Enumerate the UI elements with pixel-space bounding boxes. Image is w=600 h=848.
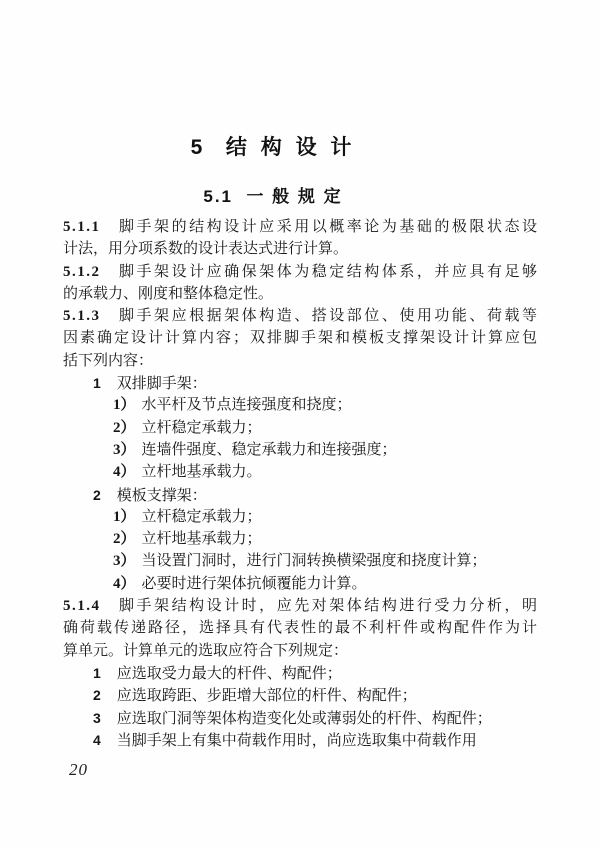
line-text: 应选取受力最大的杆件、构配件； [117, 666, 342, 682]
line-text: 立杆地基承载力。 [142, 464, 262, 480]
sub-list-item: 4）立杆地基承载力。 [63, 461, 537, 483]
clause-line: 5.1.1脚手架的结构设计应采用以概率论为基础的极限状态设 [63, 216, 537, 238]
item-number: 1 [93, 375, 101, 391]
item-number: 3） [113, 553, 136, 569]
line-text: 确荷载传递路径，选择具有代表性的最不利杆件或构配件作为计 [63, 620, 537, 636]
line-text: 当设置门洞时，进行门洞转换横梁强度和挠度计算； [142, 553, 487, 569]
line-text: 括下列内容： [63, 353, 153, 369]
continuation-line: 计法，用分项系数的设计表达式进行计算。 [63, 238, 537, 260]
line-text: 连墙件强度、稳定承载力和连接强度； [142, 442, 397, 458]
line-text: 应选取门洞等架体构造变化处或薄弱处的杆件、构配件； [117, 711, 492, 727]
line-text: 脚手架设计应确保架体为稳定结构体系，并应具有足够 [117, 264, 538, 280]
continuation-line: 因素确定设计计算内容；双排脚手架和模板支撑架设计计算应包 [63, 327, 537, 349]
body-text: 5.1.1脚手架的结构设计应采用以概率论为基础的极限状态设计法，用分项系数的设计… [63, 216, 537, 751]
section-heading: 5.1 一 般 规 定 [36, 186, 510, 207]
sub-list-item: 3）当设置门洞时，进行门洞转换横梁强度和挠度计算； [63, 550, 537, 572]
item-number: 3 [93, 710, 101, 726]
list-item: 1双排脚手架： [63, 372, 537, 394]
continuation-line: 括下列内容： [63, 350, 537, 372]
item-number: 2） [113, 531, 136, 547]
item-number: 2 [93, 687, 101, 703]
line-text: 双排脚手架： [117, 376, 207, 392]
sub-list-item: 1）水平杆及节点连接强度和挠度； [63, 394, 537, 416]
clause-line: 5.1.2脚手架设计应确保架体为稳定结构体系，并应具有足够 [63, 261, 537, 283]
item-number: 4） [113, 464, 136, 480]
list-item: 1应选取受力最大的杆件、构配件； [63, 662, 537, 684]
item-number: 2 [93, 487, 101, 503]
line-text: 水平杆及节点连接强度和挠度； [142, 397, 352, 413]
line-text: 计法，用分项系数的设计表达式进行计算。 [63, 241, 348, 257]
line-text: 算单元。计算单元的选取应符合下列规定： [63, 643, 348, 659]
line-text: 因素确定设计计算内容；双排脚手架和模板支撑架设计计算应包 [63, 330, 537, 346]
sub-list-item: 2）立杆稳定承载力； [63, 417, 537, 439]
document-page: 5 结 构 设 计 5.1 一 般 规 定 5.1.1脚手架的结构设计应采用以概… [0, 0, 600, 848]
line-text: 脚手架结构设计时，应先对架体结构进行受力分析，明 [117, 598, 538, 614]
chapter-heading: 5 结 构 设 计 [36, 135, 510, 161]
clause-number: 5.1.1 [63, 219, 101, 235]
item-number: 3） [113, 442, 136, 458]
item-number: 1） [113, 397, 136, 413]
clause-number: 5.1.3 [63, 308, 101, 324]
page-number: 20 [69, 759, 88, 780]
line-text: 必要时进行架体抗倾覆能力计算。 [142, 576, 367, 592]
sub-list-item: 2）立杆地基承载力； [63, 528, 537, 550]
clause-number: 5.1.4 [63, 598, 101, 614]
item-number: 2） [113, 420, 136, 436]
list-item: 2模板支撑架： [63, 484, 537, 506]
line-text: 的承载力、刚度和整体稳定性。 [63, 286, 273, 302]
continuation-line: 确荷载传递路径，选择具有代表性的最不利杆件或构配件作为计 [63, 617, 537, 639]
line-text: 脚手架的结构设计应采用以概率论为基础的极限状态设 [117, 219, 538, 235]
item-number: 4） [113, 576, 136, 592]
line-text: 当脚手架上有集中荷载作用时，尚应选取集中荷载作用 [117, 733, 477, 749]
line-text: 应选取跨距、步距增大部位的杆件、构配件； [117, 688, 417, 704]
line-text: 立杆地基承载力； [142, 531, 262, 547]
continuation-line: 的承载力、刚度和整体稳定性。 [63, 283, 537, 305]
list-item: 3应选取门洞等架体构造变化处或薄弱处的杆件、构配件； [63, 707, 537, 729]
sub-list-item: 4）必要时进行架体抗倾覆能力计算。 [63, 573, 537, 595]
sub-list-item: 1）立杆稳定承载力； [63, 506, 537, 528]
line-text: 模板支撑架： [117, 488, 207, 504]
sub-list-item: 3）连墙件强度、稳定承载力和连接强度； [63, 439, 537, 461]
clause-number: 5.1.2 [63, 264, 101, 280]
item-number: 4 [93, 732, 101, 748]
line-text: 立杆稳定承载力； [142, 420, 262, 436]
clause-line: 5.1.3脚手架应根据架体构造、搭设部位、使用功能、荷载等 [63, 305, 537, 327]
continuation-line: 算单元。计算单元的选取应符合下列规定： [63, 640, 537, 662]
clause-line: 5.1.4脚手架结构设计时，应先对架体结构进行受力分析，明 [63, 595, 537, 617]
line-text: 脚手架应根据架体构造、搭设部位、使用功能、荷载等 [117, 308, 538, 324]
list-item: 2应选取跨距、步距增大部位的杆件、构配件； [63, 684, 537, 706]
item-number: 1 [93, 665, 101, 681]
list-item: 4当脚手架上有集中荷载作用时，尚应选取集中荷载作用 [63, 729, 537, 751]
line-text: 立杆稳定承载力； [142, 509, 262, 525]
item-number: 1） [113, 509, 136, 525]
